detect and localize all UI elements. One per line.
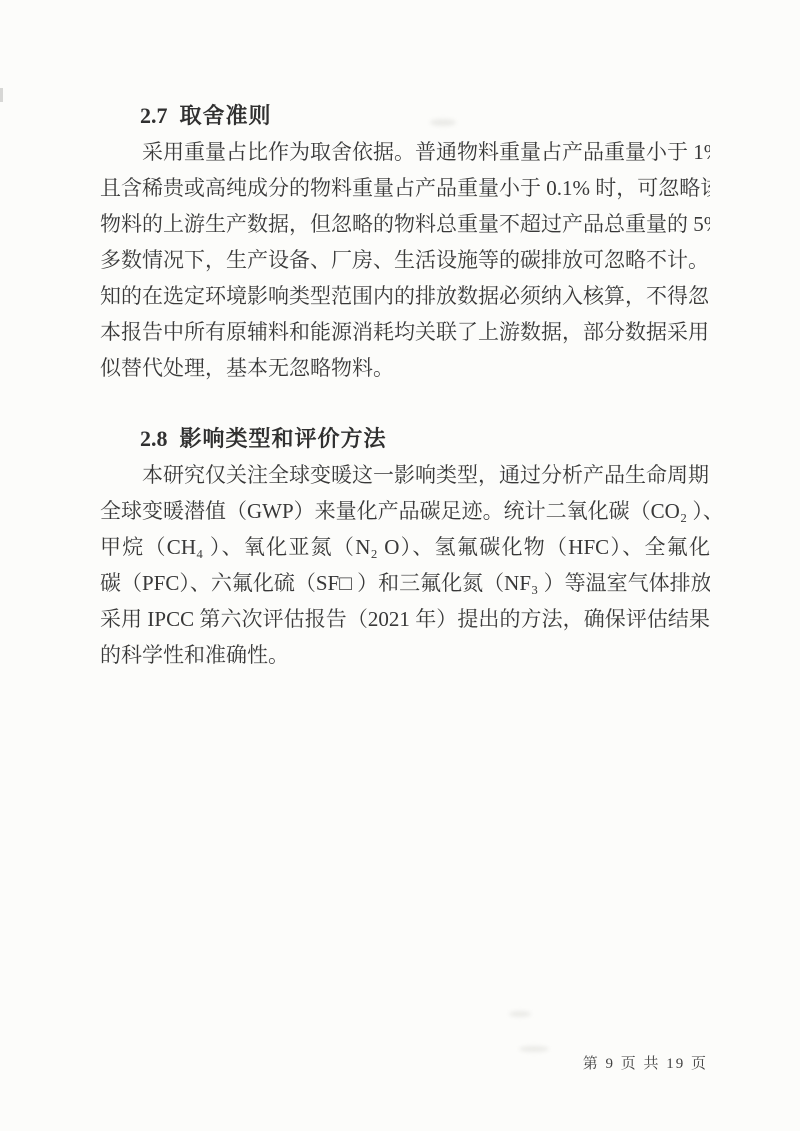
scan-smudge — [509, 1011, 531, 1017]
document-page: 2.7取舍准则 采用重量占比作为取舍依据。普通物料重量占产品重量小于 1%,且含… — [0, 0, 800, 1131]
text-line: 采用重量占比作为取舍依据。普通物料重量占产品重量小于 1%, — [100, 134, 710, 170]
text-line: 甲烷（CH₄ ）、氧化亚氮（N₂ O）、氢氟碳化物（HFC）、全氟化 — [100, 529, 710, 565]
text-line: 且含稀贵或高纯成分的物料重量占产品重量小于 0.1% 时，可忽略该 — [100, 170, 710, 206]
section-2-7-paragraph: 采用重量占比作为取舍依据。普通物料重量占产品重量小于 1%,且含稀贵或高纯成分的… — [100, 134, 710, 386]
text-line: 的科学性和准确性。 — [100, 637, 710, 673]
text-line: 物料的上游生产数据，但忽略的物料总重量不超过产品总重量的 5%。 — [100, 206, 710, 242]
page-content: 2.7取舍准则 采用重量占比作为取舍依据。普通物料重量占产品重量小于 1%,且含… — [100, 98, 710, 673]
text-line: 全球变暖潜值（GWP）来量化产品碳足迹。统计二氧化碳（CO₂ ）、 — [100, 493, 710, 529]
section-title: 取舍准则 — [180, 103, 272, 128]
section-number: 2.8 — [140, 426, 168, 451]
page-number-footer: 第 9 页 共 19 页 — [583, 1052, 708, 1076]
section-number: 2.7 — [140, 103, 168, 128]
section-heading-2-7: 2.7取舍准则 — [100, 98, 710, 134]
text-line: 本报告中所有原辅料和能源消耗均关联了上游数据，部分数据采用近 — [100, 314, 710, 350]
section-title: 影响类型和评价方法 — [180, 426, 387, 451]
text-line: 碳（PFC）、六氟化硫（SF□ ）和三氟化氮（NF₃ ）等温室气体排放。 — [100, 565, 710, 601]
text-line: 多数情况下，生产设备、厂房、生活设施等的碳排放可忽略不计。已 — [100, 242, 710, 278]
scan-edge-artifact — [0, 88, 3, 102]
section-heading-2-8: 2.8影响类型和评价方法 — [100, 421, 710, 457]
section-2-8-paragraph: 本研究仅关注全球变暖这一影响类型，通过分析产品生命周期的全球变暖潜值（GWP）来… — [100, 457, 710, 673]
scan-smudge — [519, 1046, 549, 1052]
text-line: 采用 IPCC 第六次评估报告（2021 年）提出的方法，确保评估结果 — [100, 601, 710, 637]
text-line: 似替代处理，基本无忽略物料。 — [100, 350, 710, 386]
text-line: 知的在选定环境影响类型范围内的排放数据必须纳入核算，不得忽略。 — [100, 278, 710, 314]
text-line: 本研究仅关注全球变暖这一影响类型，通过分析产品生命周期的 — [100, 457, 710, 493]
